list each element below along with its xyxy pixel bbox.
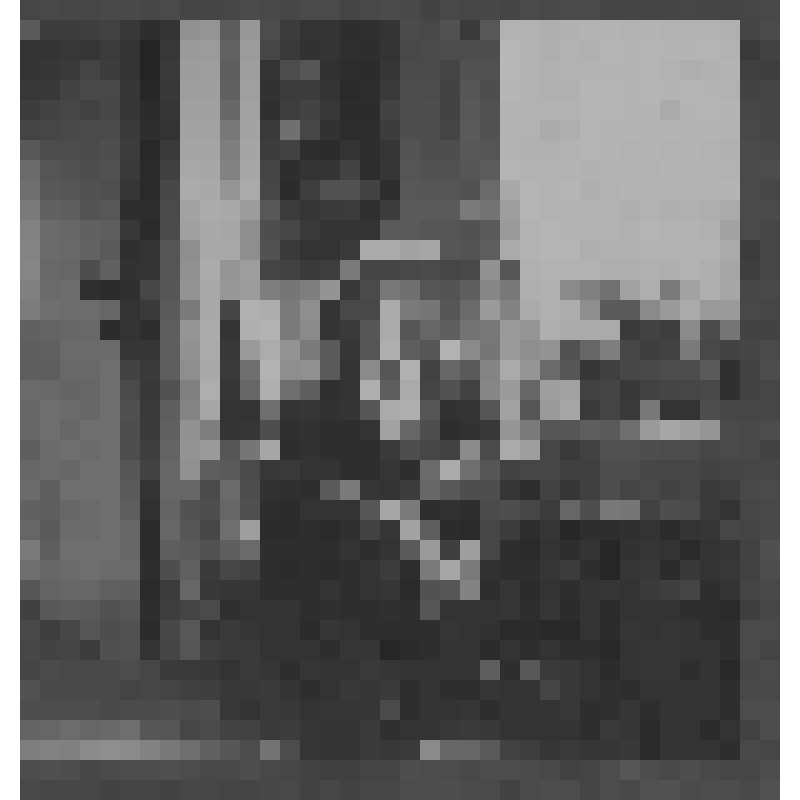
- pixel-block: [460, 360, 480, 380]
- pixel-block: [620, 320, 640, 340]
- pixel-block: [660, 740, 680, 760]
- pixel-block: [320, 580, 340, 600]
- pixel-block: [160, 60, 180, 80]
- pixel-block: [580, 540, 600, 560]
- pixel-block: [520, 760, 540, 780]
- pixel-block: [520, 540, 540, 560]
- pixel-block: [220, 360, 240, 380]
- pixel-block: [500, 500, 520, 520]
- pixel-block: [740, 40, 760, 60]
- pixel-block: [40, 20, 60, 40]
- pixel-block: [760, 380, 780, 400]
- pixel-block: [20, 120, 40, 140]
- pixel-block: [180, 200, 200, 220]
- pixel-block: [660, 140, 680, 160]
- pixel-block: [740, 540, 760, 560]
- pixel-block: [640, 100, 660, 120]
- pixel-block: [400, 500, 420, 520]
- pixel-block: [140, 160, 160, 180]
- pixel-block: [160, 120, 180, 140]
- pixel-block: [700, 500, 720, 520]
- pixel-block: [620, 240, 640, 260]
- pixel-block: [420, 400, 440, 420]
- pixel-block: [740, 220, 760, 240]
- pixel-block: [580, 140, 600, 160]
- pixel-block: [440, 420, 460, 440]
- pixel-block: [460, 80, 480, 100]
- pixel-block: [520, 80, 540, 100]
- pixel-block: [80, 500, 100, 520]
- pixel-block: [780, 500, 800, 520]
- pixel-block: [260, 320, 280, 340]
- pixel-block: [80, 300, 100, 320]
- pixel-block: [660, 580, 680, 600]
- pixel-block: [240, 640, 260, 660]
- pixel-block: [700, 420, 720, 440]
- pixel-block: [240, 400, 260, 420]
- pixel-block: [0, 460, 20, 480]
- pixel-block: [320, 320, 340, 340]
- pixel-block: [760, 100, 780, 120]
- pixel-block: [540, 720, 560, 740]
- pixel-block: [520, 20, 540, 40]
- pixel-block: [480, 400, 500, 420]
- pixel-block: [520, 160, 540, 180]
- pixel-block: [0, 200, 20, 220]
- pixel-block: [600, 780, 620, 800]
- pixel-block: [720, 780, 740, 800]
- pixel-block: [280, 80, 300, 100]
- pixel-block: [320, 520, 340, 540]
- pixel-block: [40, 300, 60, 320]
- pixel-block: [180, 420, 200, 440]
- pixel-block: [320, 660, 340, 680]
- pixel-block: [400, 680, 420, 700]
- pixel-block: [100, 480, 120, 500]
- pixel-block: [100, 660, 120, 680]
- pixel-block: [720, 340, 740, 360]
- pixel-block: [200, 300, 220, 320]
- pixel-block: [660, 720, 680, 740]
- pixel-block: [500, 620, 520, 640]
- pixel-block: [460, 200, 480, 220]
- pixel-block: [280, 20, 300, 40]
- pixel-block: [260, 540, 280, 560]
- pixel-block: [740, 720, 760, 740]
- pixel-block: [300, 300, 320, 320]
- pixel-block: [40, 280, 60, 300]
- pixel-block: [300, 180, 320, 200]
- pixel-block: [520, 440, 540, 460]
- pixel-block: [40, 260, 60, 280]
- pixel-block: [520, 280, 540, 300]
- pixel-block: [720, 300, 740, 320]
- pixel-block: [500, 200, 520, 220]
- pixel-block: [0, 240, 20, 260]
- pixel-block: [700, 400, 720, 420]
- pixel-block: [140, 620, 160, 640]
- pixel-block: [600, 620, 620, 640]
- pixel-block: [400, 300, 420, 320]
- pixel-block: [680, 100, 700, 120]
- pixel-block: [480, 240, 500, 260]
- pixel-block: [400, 740, 420, 760]
- pixel-block: [20, 140, 40, 160]
- pixel-block: [380, 220, 400, 240]
- pixel-block: [60, 20, 80, 40]
- pixel-block: [580, 100, 600, 120]
- pixel-block: [40, 60, 60, 80]
- pixel-block: [220, 180, 240, 200]
- pixel-block: [240, 520, 260, 540]
- pixel-block: [560, 240, 580, 260]
- pixel-block: [420, 740, 440, 760]
- pixel-block: [740, 760, 760, 780]
- pixel-block: [700, 220, 720, 240]
- pixel-block: [480, 280, 500, 300]
- pixel-block: [340, 160, 360, 180]
- pixel-block: [80, 720, 100, 740]
- pixel-block: [240, 540, 260, 560]
- pixel-block: [720, 160, 740, 180]
- pixel-block: [280, 60, 300, 80]
- pixel-block: [240, 480, 260, 500]
- pixel-block: [720, 720, 740, 740]
- pixel-block: [60, 300, 80, 320]
- pixel-block: [220, 740, 240, 760]
- pixel-block: [640, 340, 660, 360]
- pixel-block: [300, 700, 320, 720]
- pixel-block: [320, 260, 340, 280]
- pixel-block: [580, 560, 600, 580]
- pixel-block: [600, 180, 620, 200]
- pixel-block: [740, 420, 760, 440]
- pixel-block: [40, 200, 60, 220]
- pixel-block: [400, 660, 420, 680]
- pixel-block: [20, 500, 40, 520]
- pixel-block: [160, 580, 180, 600]
- pixel-block: [220, 200, 240, 220]
- pixel-block: [380, 300, 400, 320]
- pixel-block: [740, 0, 760, 20]
- pixel-block: [780, 300, 800, 320]
- pixel-block: [340, 320, 360, 340]
- pixel-block: [60, 700, 80, 720]
- pixel-block: [220, 460, 240, 480]
- pixel-block: [720, 60, 740, 80]
- pixel-block: [260, 780, 280, 800]
- pixel-block: [340, 280, 360, 300]
- pixel-block: [500, 760, 520, 780]
- pixel-block: [440, 20, 460, 40]
- pixel-block: [480, 100, 500, 120]
- pixel-block: [280, 420, 300, 440]
- pixel-block: [220, 540, 240, 560]
- pixel-block: [320, 780, 340, 800]
- pixel-block: [600, 0, 620, 20]
- pixel-block: [660, 360, 680, 380]
- pixel-block: [720, 500, 740, 520]
- pixel-block: [100, 260, 120, 280]
- pixel-block: [320, 560, 340, 580]
- pixel-block: [140, 240, 160, 260]
- pixel-block: [540, 360, 560, 380]
- pixel-block: [60, 220, 80, 240]
- pixel-block: [660, 520, 680, 540]
- pixel-block: [380, 0, 400, 20]
- pixel-block: [720, 120, 740, 140]
- pixel-block: [460, 660, 480, 680]
- pixel-block: [200, 420, 220, 440]
- pixel-block: [60, 160, 80, 180]
- pixel-block: [160, 280, 180, 300]
- pixel-block: [520, 680, 540, 700]
- pixel-block: [520, 220, 540, 240]
- pixel-block: [680, 760, 700, 780]
- pixel-block: [460, 540, 480, 560]
- pixel-block: [520, 140, 540, 160]
- pixel-block: [180, 40, 200, 60]
- pixel-block: [460, 40, 480, 60]
- pixel-block: [0, 220, 20, 240]
- pixel-block: [320, 360, 340, 380]
- pixel-block: [760, 580, 780, 600]
- pixel-block: [140, 520, 160, 540]
- pixel-block: [540, 460, 560, 480]
- pixel-block: [580, 780, 600, 800]
- pixel-block: [140, 760, 160, 780]
- pixel-block: [320, 740, 340, 760]
- pixel-block: [700, 640, 720, 660]
- pixel-block: [20, 260, 40, 280]
- pixel-block: [740, 340, 760, 360]
- pixel-block: [140, 180, 160, 200]
- pixel-block: [180, 340, 200, 360]
- pixel-block: [160, 600, 180, 620]
- pixel-block: [80, 140, 100, 160]
- pixel-block: [300, 480, 320, 500]
- pixel-block: [780, 640, 800, 660]
- pixel-block: [640, 180, 660, 200]
- pixel-block: [260, 420, 280, 440]
- pixel-block: [520, 300, 540, 320]
- pixel-block: [400, 180, 420, 200]
- pixel-block: [340, 480, 360, 500]
- pixel-block: [380, 180, 400, 200]
- pixel-block: [760, 160, 780, 180]
- pixel-block: [280, 640, 300, 660]
- pixel-block: [60, 240, 80, 260]
- pixel-block: [540, 340, 560, 360]
- pixel-block: [120, 260, 140, 280]
- pixel-block: [560, 180, 580, 200]
- pixel-block: [580, 260, 600, 280]
- pixel-block: [220, 340, 240, 360]
- pixel-block: [620, 360, 640, 380]
- pixel-block: [140, 380, 160, 400]
- pixel-block: [620, 780, 640, 800]
- pixel-block: [440, 680, 460, 700]
- pixel-block: [140, 20, 160, 40]
- pixel-block: [720, 420, 740, 440]
- pixel-block: [620, 220, 640, 240]
- pixel-block: [460, 260, 480, 280]
- pixel-block: [180, 140, 200, 160]
- pixel-block: [380, 660, 400, 680]
- pixel-block: [620, 640, 640, 660]
- pixel-block: [740, 580, 760, 600]
- pixel-block: [360, 560, 380, 580]
- pixel-block: [640, 300, 660, 320]
- pixel-block: [400, 480, 420, 500]
- pixel-block: [660, 100, 680, 120]
- pixel-block: [540, 20, 560, 40]
- pixel-block: [80, 80, 100, 100]
- pixel-block: [680, 320, 700, 340]
- pixel-block: [100, 200, 120, 220]
- pixel-block: [720, 760, 740, 780]
- pixel-block: [720, 220, 740, 240]
- pixel-block: [580, 680, 600, 700]
- pixel-block: [60, 420, 80, 440]
- pixel-block: [380, 520, 400, 540]
- pixel-block: [580, 620, 600, 640]
- pixel-block: [160, 480, 180, 500]
- pixel-block: [320, 640, 340, 660]
- pixel-block: [380, 740, 400, 760]
- pixel-block: [180, 240, 200, 260]
- pixel-block: [600, 80, 620, 100]
- pixel-block: [540, 380, 560, 400]
- pixel-block: [780, 240, 800, 260]
- pixel-block: [220, 240, 240, 260]
- pixel-block: [100, 80, 120, 100]
- pixel-block: [720, 140, 740, 160]
- pixel-block: [360, 640, 380, 660]
- pixel-block: [620, 600, 640, 620]
- pixel-block: [600, 400, 620, 420]
- pixel-block: [140, 580, 160, 600]
- pixel-block: [280, 680, 300, 700]
- pixel-block: [580, 580, 600, 600]
- pixel-block: [160, 220, 180, 240]
- pixel-block: [320, 420, 340, 440]
- pixel-block: [320, 220, 340, 240]
- pixel-block: [700, 740, 720, 760]
- pixel-block: [260, 160, 280, 180]
- pixel-block: [740, 360, 760, 380]
- pixel-block: [260, 460, 280, 480]
- pixel-block: [560, 640, 580, 660]
- pixel-block: [720, 740, 740, 760]
- pixel-block: [580, 80, 600, 100]
- pixel-block: [680, 580, 700, 600]
- pixel-block: [40, 580, 60, 600]
- pixel-block: [500, 400, 520, 420]
- pixel-block: [300, 380, 320, 400]
- pixel-block: [700, 660, 720, 680]
- pixel-block: [240, 40, 260, 60]
- pixel-block: [680, 640, 700, 660]
- pixel-block: [620, 60, 640, 80]
- pixel-block: [580, 440, 600, 460]
- pixel-block: [540, 40, 560, 60]
- pixel-block: [300, 100, 320, 120]
- pixel-block: [440, 620, 460, 640]
- pixel-block: [20, 60, 40, 80]
- pixel-block: [0, 280, 20, 300]
- pixel-block: [20, 0, 40, 20]
- pixel-block: [740, 400, 760, 420]
- pixel-block: [600, 40, 620, 60]
- pixel-block: [440, 40, 460, 60]
- pixel-block: [480, 40, 500, 60]
- pixel-block: [340, 600, 360, 620]
- pixel-block: [280, 320, 300, 340]
- pixel-block: [0, 620, 20, 640]
- pixel-block: [160, 380, 180, 400]
- pixel-block: [240, 740, 260, 760]
- pixel-block: [240, 260, 260, 280]
- pixel-block: [700, 460, 720, 480]
- pixel-block: [180, 560, 200, 580]
- pixel-block: [420, 80, 440, 100]
- pixel-block: [200, 60, 220, 80]
- pixel-block: [380, 200, 400, 220]
- pixel-block: [480, 80, 500, 100]
- pixel-block: [240, 500, 260, 520]
- pixel-block: [620, 420, 640, 440]
- pixel-block: [240, 580, 260, 600]
- pixel-block: [760, 280, 780, 300]
- pixel-block: [760, 120, 780, 140]
- pixel-block: [680, 40, 700, 60]
- pixel-block: [640, 600, 660, 620]
- pixel-block: [160, 740, 180, 760]
- pixel-block: [260, 580, 280, 600]
- pixel-block: [140, 540, 160, 560]
- pixel-block: [40, 760, 60, 780]
- pixel-block: [680, 700, 700, 720]
- pixel-block: [440, 780, 460, 800]
- pixel-block: [420, 420, 440, 440]
- pixel-block: [60, 260, 80, 280]
- pixel-block: [140, 500, 160, 520]
- pixel-block: [620, 500, 640, 520]
- pixel-block: [240, 700, 260, 720]
- pixel-block: [520, 320, 540, 340]
- pixel-block: [300, 120, 320, 140]
- pixel-block: [520, 40, 540, 60]
- pixel-block: [640, 740, 660, 760]
- pixel-block: [780, 80, 800, 100]
- pixel-block: [720, 540, 740, 560]
- pixel-block: [60, 380, 80, 400]
- pixel-block: [780, 380, 800, 400]
- pixel-block: [780, 220, 800, 240]
- pixel-block: [120, 80, 140, 100]
- pixel-block: [680, 300, 700, 320]
- pixel-block: [720, 380, 740, 400]
- pixel-block: [720, 80, 740, 100]
- pixel-block: [500, 340, 520, 360]
- pixel-block: [660, 500, 680, 520]
- pixel-block: [180, 380, 200, 400]
- pixel-block: [240, 180, 260, 200]
- pixel-block: [300, 620, 320, 640]
- pixel-block: [300, 20, 320, 40]
- pixel-block: [660, 760, 680, 780]
